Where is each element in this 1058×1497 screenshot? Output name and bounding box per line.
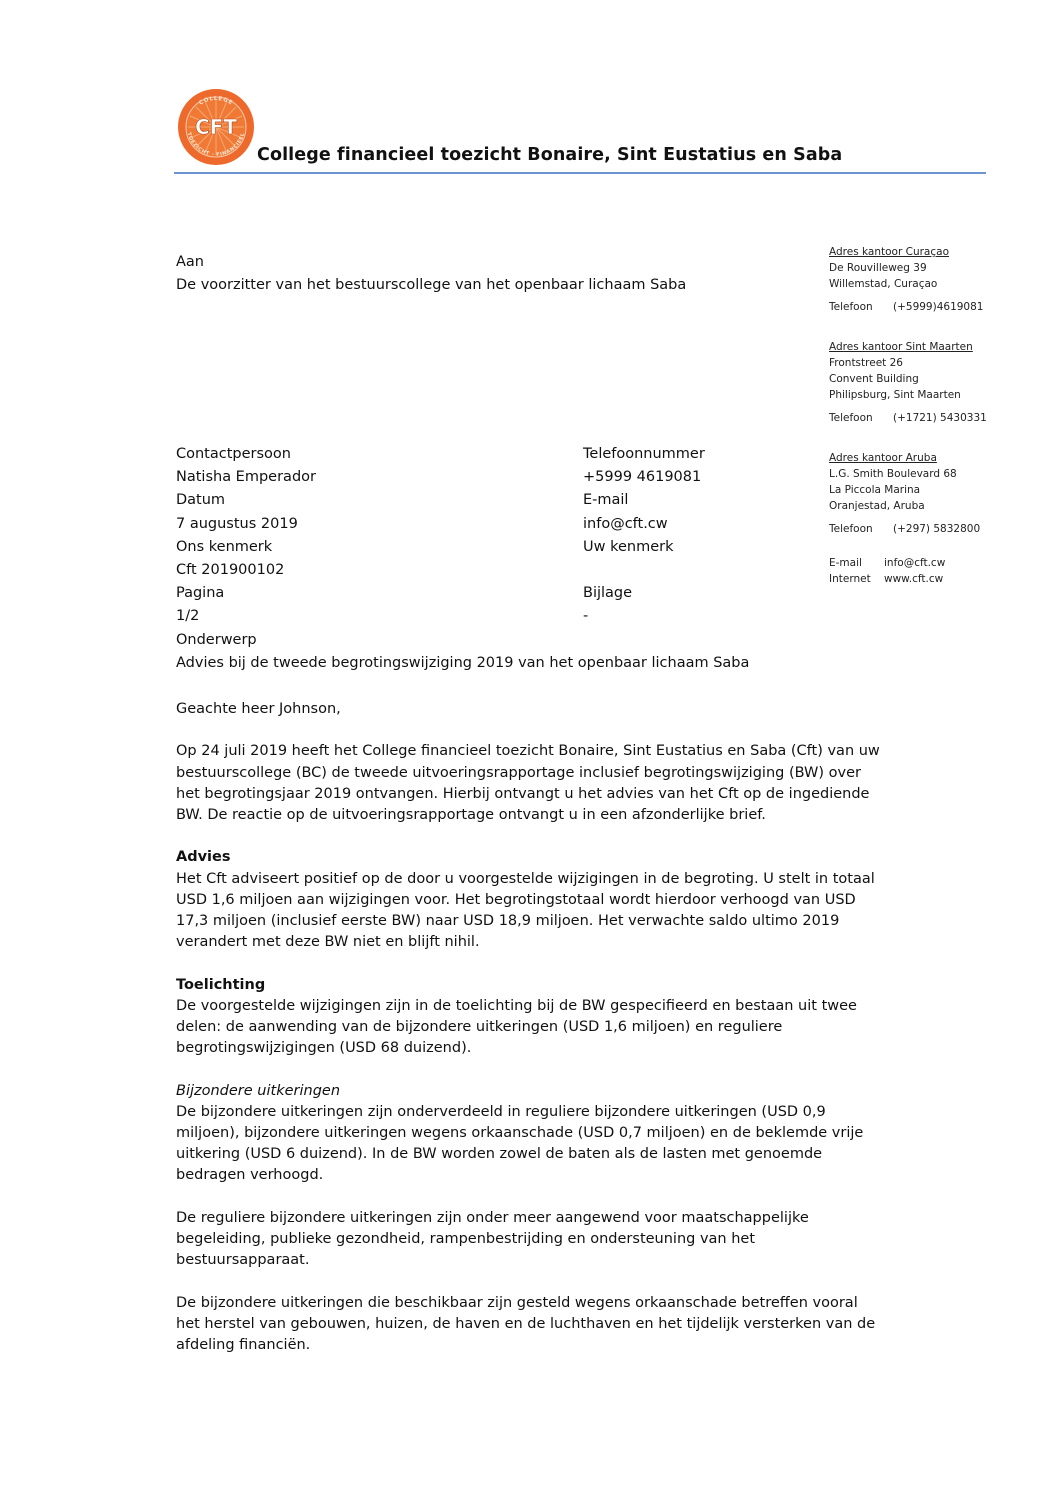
contact-label: Contactpersoon	[176, 443, 583, 466]
phone-label: Telefoon	[829, 299, 893, 315]
phone-label: Telefoon	[829, 410, 893, 426]
office-phone: Telefoon(+1721) 5430331	[829, 410, 1029, 426]
office-title: Adres kantoor Aruba	[829, 450, 1029, 466]
advies-heading: Advies	[176, 847, 886, 868]
bijzondere-uitkeringen-heading: Bijzondere uitkeringen	[176, 1081, 886, 1102]
address-line: De Rouvilleweg 39	[829, 260, 1029, 276]
cft-logo: CFT COLLEGE TOEZICHT · FINANCIEEL	[177, 88, 255, 166]
reguliere-uitkeringen-paragraph: De reguliere bijzondere uitkeringen zijn…	[176, 1208, 886, 1272]
letter-meta: ContactpersoonTelefoonnummer Natisha Emp…	[176, 443, 816, 675]
recipient-block: Aan De voorzitter van het bestuurscolleg…	[176, 251, 686, 297]
intro-paragraph: Op 24 juli 2019 heeft het College financ…	[176, 741, 886, 826]
our-ref-label: Ons kenmerk	[176, 536, 583, 559]
office-title: Adres kantoor Curaçao	[829, 244, 1029, 260]
bijzondere-uitkeringen-paragraph: De bijzondere uitkeringen zijn onderverd…	[176, 1102, 886, 1187]
office-aruba: Adres kantoor Aruba L.G. Smith Boulevard…	[829, 450, 1029, 537]
email-label: E-mail	[583, 489, 628, 512]
page-label: Pagina	[176, 582, 583, 605]
address-line: L.G. Smith Boulevard 68	[829, 466, 1029, 482]
attachment-value: -	[583, 605, 588, 628]
letter-body: Geachte heer Johnson, Op 24 juli 2019 he…	[176, 699, 886, 1377]
orkaanschade-paragraph: De bijzondere uitkeringen die beschikbaa…	[176, 1293, 886, 1357]
email-value[interactable]: info@cft.cw	[583, 513, 668, 536]
advies-paragraph: Het Cft adviseert positief op de door u …	[176, 869, 886, 954]
email-label: E-mail	[829, 555, 884, 571]
attachment-label: Bijlage	[583, 582, 632, 605]
website-link[interactable]: www.cft.cw	[884, 573, 943, 585]
office-sint-maarten: Adres kantoor Sint Maarten Frontstreet 2…	[829, 339, 1029, 426]
toelichting-paragraph: De voorgestelde wijzigingen zijn in de t…	[176, 996, 886, 1060]
office-phone: Telefoon(+297) 5832800	[829, 521, 1029, 537]
office-addresses: Adres kantoor Curaçao De Rouvilleweg 39 …	[829, 244, 1029, 587]
cft-logo-icon: CFT COLLEGE TOEZICHT · FINANCIEEL	[177, 88, 255, 166]
contact-internet: Internetwww.cft.cw	[829, 571, 1029, 587]
organization-title: College financieel toezicht Bonaire, Sin…	[257, 145, 842, 165]
address-line: Convent Building	[829, 371, 1029, 387]
office-curacao: Adres kantoor Curaçao De Rouvilleweg 39 …	[829, 244, 1029, 315]
address-line: Frontstreet 26	[829, 355, 1029, 371]
contact-email: E-mailinfo@cft.cw	[829, 555, 1029, 571]
our-ref-value: Cft 201900102	[176, 559, 583, 582]
address-line: La Piccola Marina	[829, 482, 1029, 498]
address-line: Oranjestad, Aruba	[829, 498, 1029, 514]
phone-value: (+1721) 5430331	[893, 412, 987, 424]
phone-label: Telefoonnummer	[583, 443, 705, 466]
toelichting-heading: Toelichting	[176, 975, 886, 996]
office-title: Adres kantoor Sint Maarten	[829, 339, 1029, 355]
subject-value: Advies bij de tweede begrotingswijziging…	[176, 652, 816, 675]
header-divider	[174, 172, 986, 174]
address-line: Willemstad, Curaçao	[829, 276, 1029, 292]
phone-value: (+5999)4619081	[893, 301, 983, 313]
address-line: Philipsburg, Sint Maarten	[829, 387, 1029, 403]
date-value: 7 augustus 2019	[176, 513, 583, 536]
date-label: Datum	[176, 489, 583, 512]
salutation: Geachte heer Johnson,	[176, 699, 886, 720]
subject-label: Onderwerp	[176, 629, 583, 652]
internet-label: Internet	[829, 571, 884, 587]
email-link[interactable]: info@cft.cw	[884, 557, 945, 569]
phone-value: (+297) 5832800	[893, 523, 980, 535]
recipient-label: Aan	[176, 251, 686, 274]
svg-text:CFT: CFT	[195, 115, 237, 139]
contact-value: Natisha Emperador	[176, 466, 583, 489]
phone-value: +5999 4619081	[583, 466, 701, 489]
your-ref-label: Uw kenmerk	[583, 536, 673, 559]
phone-label: Telefoon	[829, 521, 893, 537]
page-value: 1/2	[176, 605, 583, 628]
office-phone: Telefoon(+5999)4619081	[829, 299, 1029, 315]
recipient-name: De voorzitter van het bestuurscollege va…	[176, 274, 686, 297]
